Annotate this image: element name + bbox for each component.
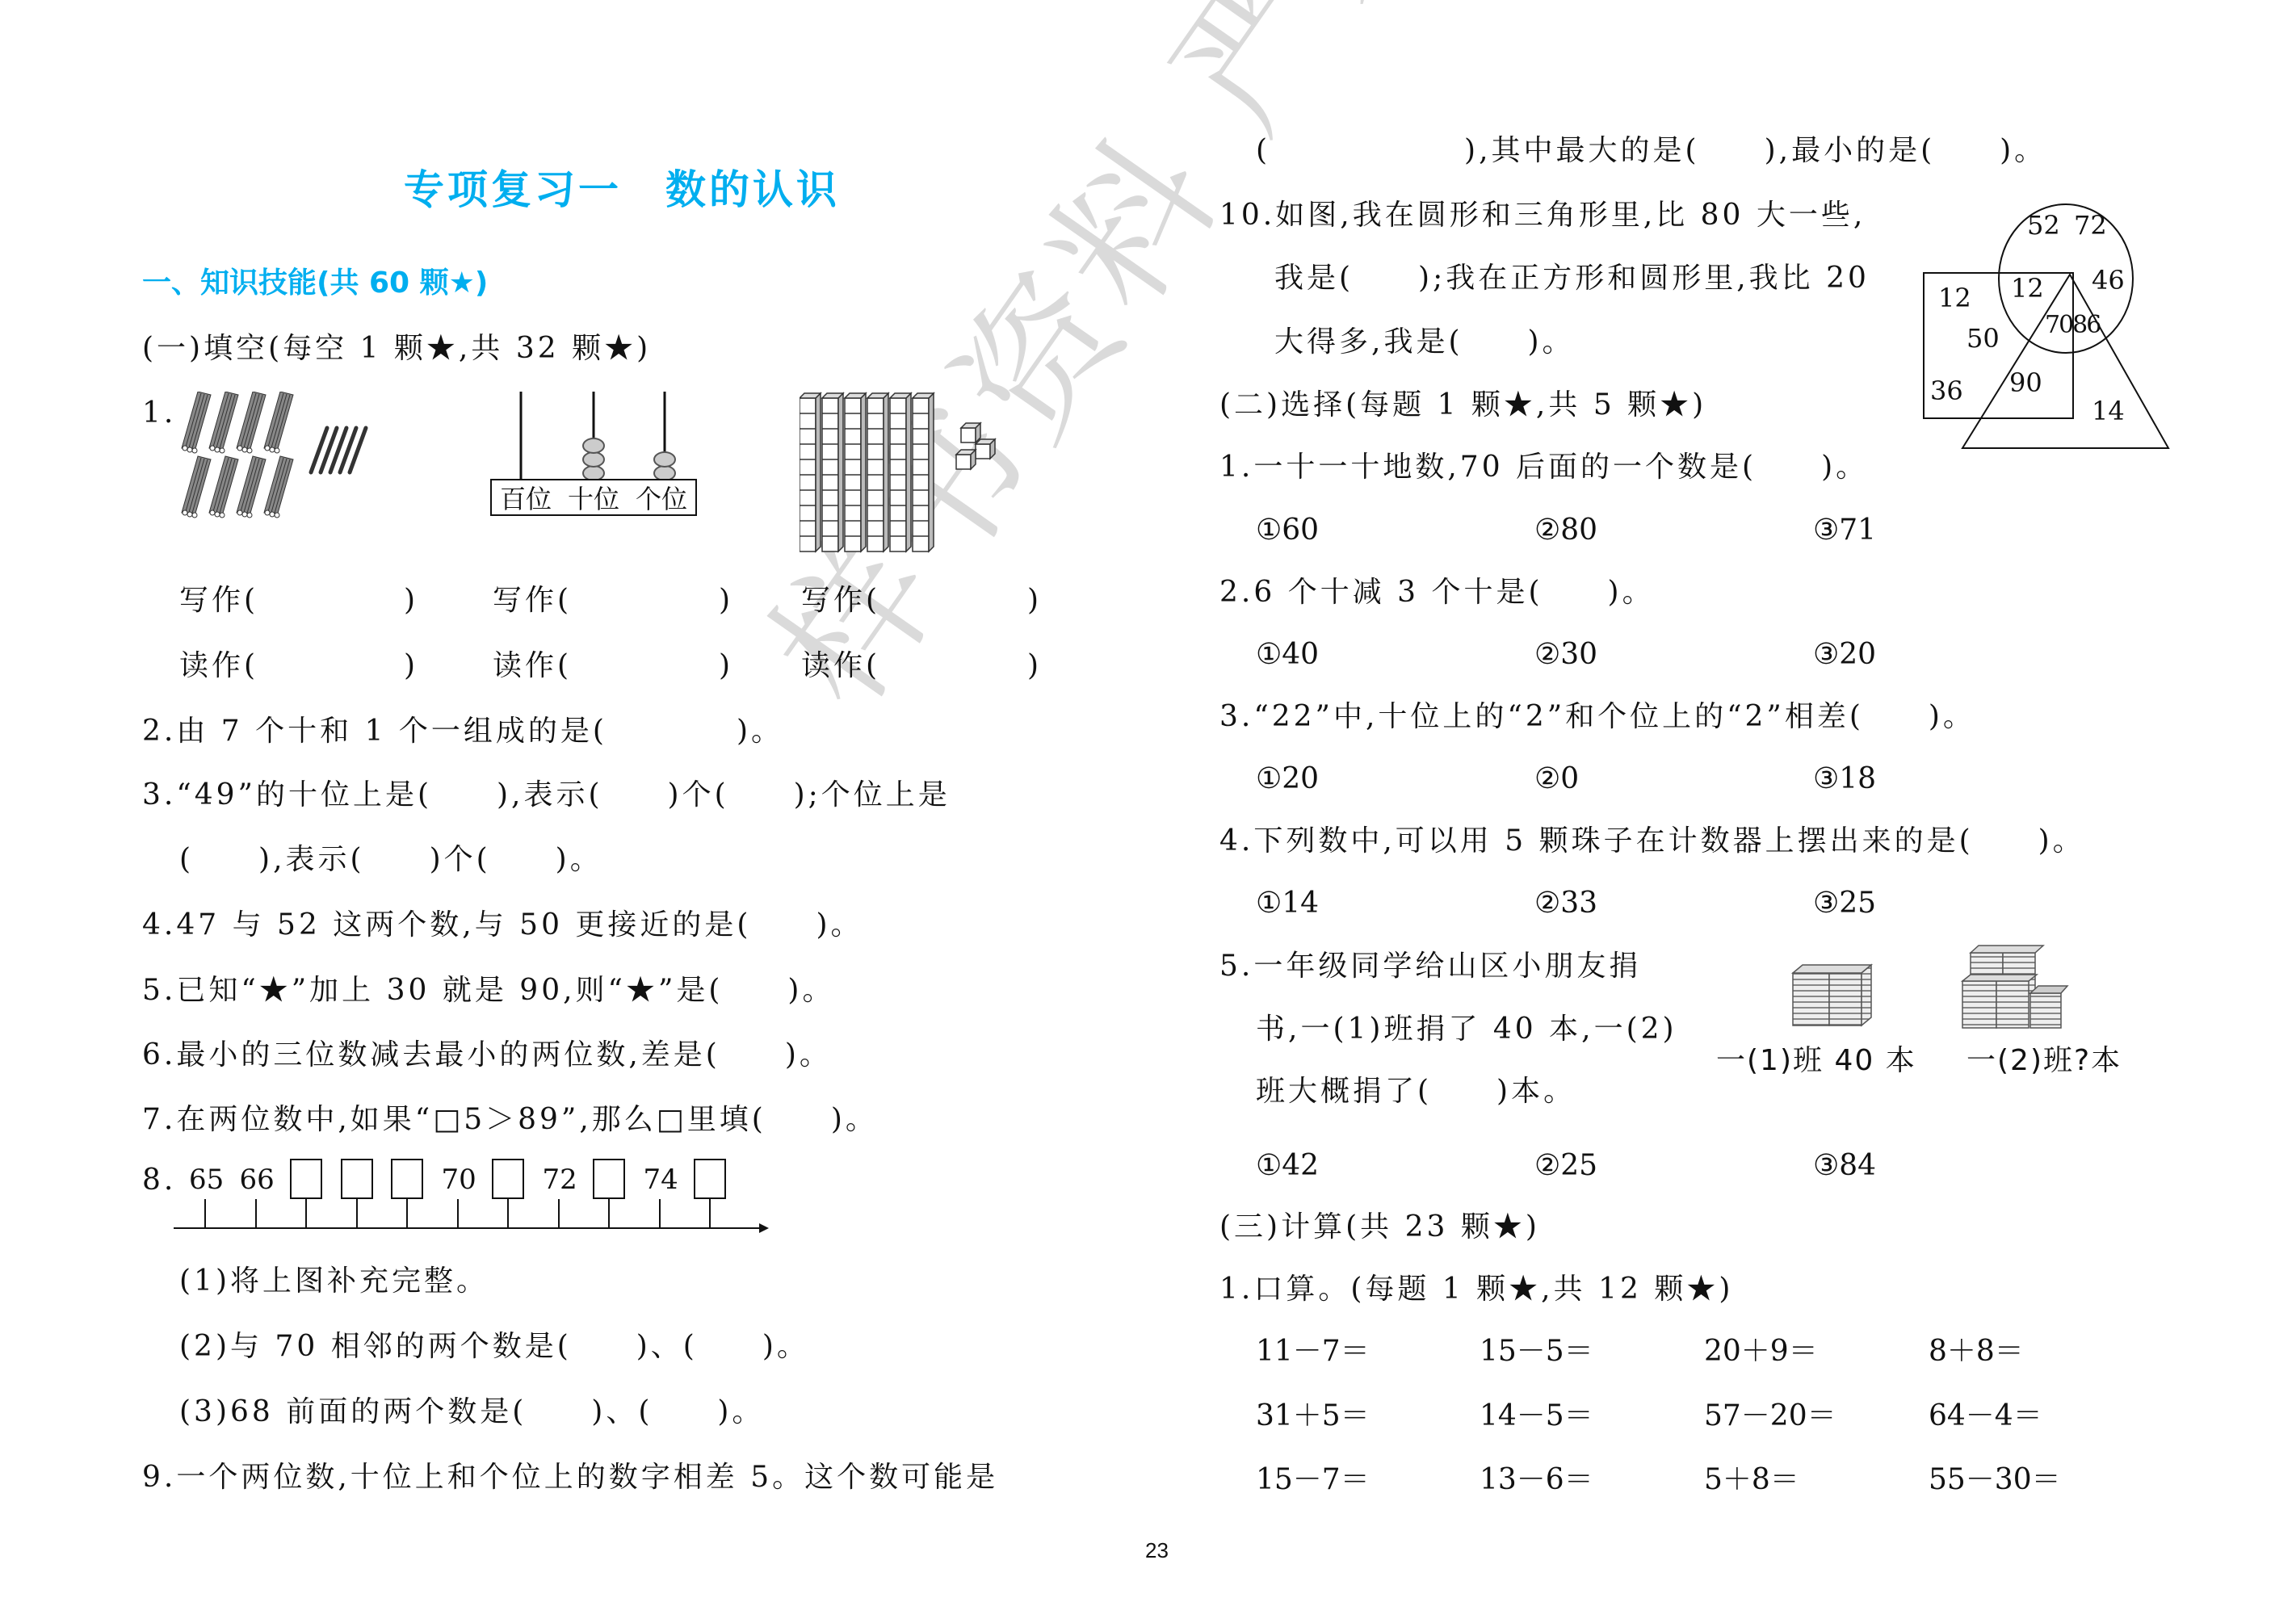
page-title: 专项复习一 数的认识 — [404, 157, 840, 216]
calc-r2-c2: 14－5＝ — [1480, 1399, 1593, 1434]
q1a-read-label: 读作( — [179, 648, 258, 684]
q1a-write-close: ) — [404, 583, 418, 619]
q8-sub3: (3)68 前面的两个数是( )、( )。 — [179, 1394, 764, 1430]
diagram-num-14: 14 — [2092, 396, 2125, 426]
diagram-num-72: 72 — [2074, 210, 2107, 241]
choice-question-4: 4.下列数中,可以用 5 颗珠子在计数器上摆出来的是( )。 — [1219, 824, 2085, 859]
question-2: 2.由 7 个十和 1 个一组成的是( )。 — [142, 714, 783, 749]
number-line-tick — [305, 1199, 307, 1228]
calc-r2-c3: 57－20＝ — [1704, 1399, 1836, 1434]
choice-question-3: 3.“22”中,十位上的“2”和个位上的“2”相差( )。 — [1219, 699, 1975, 735]
abacus-rods-icon — [489, 392, 699, 480]
abacus-label-tens: 十位 — [568, 479, 619, 516]
section-heading-knowledge: 一、知识技能(共 60 颗★) — [142, 260, 488, 301]
q1-number: 1. — [142, 396, 176, 431]
number-line-label: 66 — [240, 1164, 274, 1196]
diagram-num-12: 12 — [1938, 283, 1971, 313]
choice-5-option-1[interactable]: ①42 — [1256, 1148, 1319, 1184]
part-heading-choice: (二)选择(每题 1 颗★,共 5 颗★) — [1219, 388, 1706, 423]
abacus-figure: 百位 十位 个位 — [489, 392, 699, 517]
calc-r1-c3: 20＋9＝ — [1704, 1334, 1818, 1369]
diagram-num-90: 90 — [2009, 367, 2042, 398]
calc-r1-c4: 8＋8＝ — [1929, 1334, 2024, 1369]
abacus-label-bar: 百位 十位 个位 — [490, 479, 697, 516]
q1b-write-label: 写作( — [493, 583, 572, 619]
diagram-num-46: 46 — [2092, 265, 2125, 296]
diagram-num-36: 36 — [1930, 375, 1963, 406]
calc-r3-c2: 13－6＝ — [1480, 1462, 1593, 1498]
number-line-blank-box[interactable] — [290, 1159, 322, 1199]
part-heading-fill-blank: (一)填空(每空 1 颗★,共 32 颗★) — [142, 331, 651, 367]
q8-sub2: (2)与 70 相邻的两个数是( )、( )。 — [179, 1329, 809, 1365]
cube-rods-figure — [800, 392, 1009, 553]
page-number: 23 — [1145, 1538, 1169, 1563]
calc-r2-c1: 31＋5＝ — [1256, 1399, 1370, 1434]
choice-4-option-3[interactable]: ③25 — [1813, 886, 1876, 921]
calc-r2-c4: 64－4＝ — [1929, 1399, 2042, 1434]
choice-4-option-2[interactable]: ②33 — [1534, 886, 1597, 921]
question-3-line2: ( ),表示( )个( )。 — [179, 842, 602, 878]
q1a-write-label: 写作( — [179, 583, 258, 619]
diagram-num-12-overlap: 12 — [2011, 273, 2044, 304]
question-3-line1: 3.“49”的十位上是( ),表示( )个( );个位上是 — [142, 778, 951, 813]
number-line-tick — [608, 1199, 610, 1228]
number-line-ticks: 6566707274 — [188, 1159, 721, 1228]
choice-3-option-1[interactable]: ①20 — [1256, 761, 1319, 797]
q8-number: 8. — [142, 1163, 176, 1198]
calc-q1-heading: 1.口算。(每题 1 颗★,共 12 颗★) — [1219, 1272, 1733, 1307]
choice-2-option-2[interactable]: ②30 — [1534, 637, 1597, 673]
number-line-tick — [204, 1199, 206, 1228]
number-line-tick — [558, 1199, 560, 1228]
number-line-label: 70 — [442, 1164, 476, 1196]
choice-1-option-3[interactable]: ③71 — [1813, 513, 1876, 548]
number-line-tick — [659, 1199, 661, 1228]
choice-1-option-2[interactable]: ②80 — [1534, 513, 1597, 548]
shapes-diagram: 52 72 46 12 12 50 36 7086 90 14 — [1914, 194, 2189, 452]
choice-1-option-1[interactable]: ①60 — [1256, 513, 1319, 548]
choice-question-5-line1: 5.一年级同学给山区小朋友捐 — [1219, 949, 1641, 984]
choice-5-option-3[interactable]: ③84 — [1813, 1148, 1876, 1184]
number-line-blank-box[interactable] — [391, 1159, 423, 1199]
abacus-label-hundreds: 百位 — [500, 479, 552, 516]
q1a-read-close: ) — [404, 648, 418, 684]
choice-question-2: 2.6 个十减 3 个十是( )。 — [1219, 575, 1655, 610]
choice-5-option-2[interactable]: ②25 — [1534, 1148, 1597, 1184]
q1b-read-close: ) — [719, 648, 733, 684]
number-line-label: 65 — [189, 1164, 223, 1196]
book-label-class1: 一(1)班 40 本 — [1716, 1043, 1916, 1079]
part-heading-calculation: (三)计算(共 23 颗★) — [1219, 1210, 1540, 1245]
number-line-tick — [255, 1199, 257, 1228]
question-10-line2: 我是( );我在正方形和圆形里,我比 20 — [1274, 261, 1870, 296]
diagram-num-50: 50 — [1967, 323, 2000, 354]
diagram-num-7086: 7086 — [2045, 311, 2100, 339]
book-label-class2: 一(2)班?本 — [1967, 1043, 2122, 1079]
question-4: 4.47 与 52 这两个数,与 50 更接近的是( )。 — [142, 908, 863, 943]
q1c-write-label: 写作( — [801, 583, 880, 619]
question-10-line1: 10.如图,我在圆形和三角形里,比 80 大一些, — [1219, 198, 1866, 233]
choice-question-5-line3: 班大概捐了( )本。 — [1256, 1074, 1576, 1109]
number-line-tick — [356, 1199, 358, 1228]
question-9-line1: 9.一个两位数,十位上和个位上的数字相差 5。这个数可能是 — [142, 1460, 998, 1495]
number-line-figure: 6566707274 — [174, 1159, 771, 1239]
calc-r1-c2: 15－5＝ — [1480, 1334, 1593, 1369]
number-line-tick — [406, 1199, 408, 1228]
question-9-line2: ( ),其中最大的是( ),最小的是( )。 — [1256, 133, 2046, 169]
choice-question-5-line2: 书,一(1)班捐了 40 本,一(2) — [1256, 1012, 1677, 1047]
calc-r3-c4: 55－30＝ — [1929, 1462, 2061, 1498]
diagram-num-52: 52 — [2027, 210, 2060, 241]
number-line-tick — [457, 1199, 459, 1228]
q1c-read-label: 读作( — [801, 648, 880, 684]
number-line-blank-box[interactable] — [341, 1159, 373, 1199]
calc-r3-c1: 15－7＝ — [1256, 1462, 1370, 1498]
choice-3-option-2[interactable]: ②0 — [1534, 761, 1579, 797]
question-7: 7.在两位数中,如果“□5＞89”,那么□里填( )。 — [142, 1102, 878, 1138]
q1b-read-label: 读作( — [493, 648, 572, 684]
q8-sub1: (1)将上图补充完整。 — [179, 1264, 489, 1299]
calc-r1-c1: 11－7＝ — [1256, 1334, 1370, 1369]
number-line-tick — [507, 1199, 509, 1228]
number-line-blank-box[interactable] — [593, 1159, 625, 1199]
number-line-label: 72 — [543, 1164, 577, 1196]
choice-4-option-1[interactable]: ①14 — [1256, 886, 1319, 921]
choice-2-option-1[interactable]: ①40 — [1256, 637, 1319, 673]
question-5: 5.已知“★”加上 30 就是 90,则“★”是( )。 — [142, 973, 834, 1009]
q1b-write-close: ) — [719, 583, 733, 619]
watermark: 样书资料 严禁外传 — [711, 0, 1665, 740]
choice-3-option-3[interactable]: ③18 — [1813, 761, 1876, 797]
q1c-write-close: ) — [1027, 583, 1042, 619]
number-line-tick — [709, 1199, 711, 1228]
stick-bundles-figure — [174, 392, 432, 521]
choice-2-option-3[interactable]: ③20 — [1813, 637, 1876, 673]
calc-r3-c3: 5＋8＝ — [1704, 1462, 1799, 1498]
book-stacks-figure — [1777, 941, 2148, 1038]
number-line-label: 74 — [644, 1164, 678, 1196]
question-6: 6.最小的三位数减去最小的两位数,差是( )。 — [142, 1038, 832, 1073]
number-line-blank-box[interactable] — [694, 1159, 726, 1199]
number-line-blank-box[interactable] — [492, 1159, 524, 1199]
question-10-line3: 大得多,我是( )。 — [1274, 325, 1575, 360]
choice-question-1: 1.一十一十地数,70 后面的一个数是( )。 — [1219, 450, 1868, 485]
abacus-label-ones: 个位 — [636, 479, 687, 516]
q1c-read-close: ) — [1027, 648, 1042, 684]
